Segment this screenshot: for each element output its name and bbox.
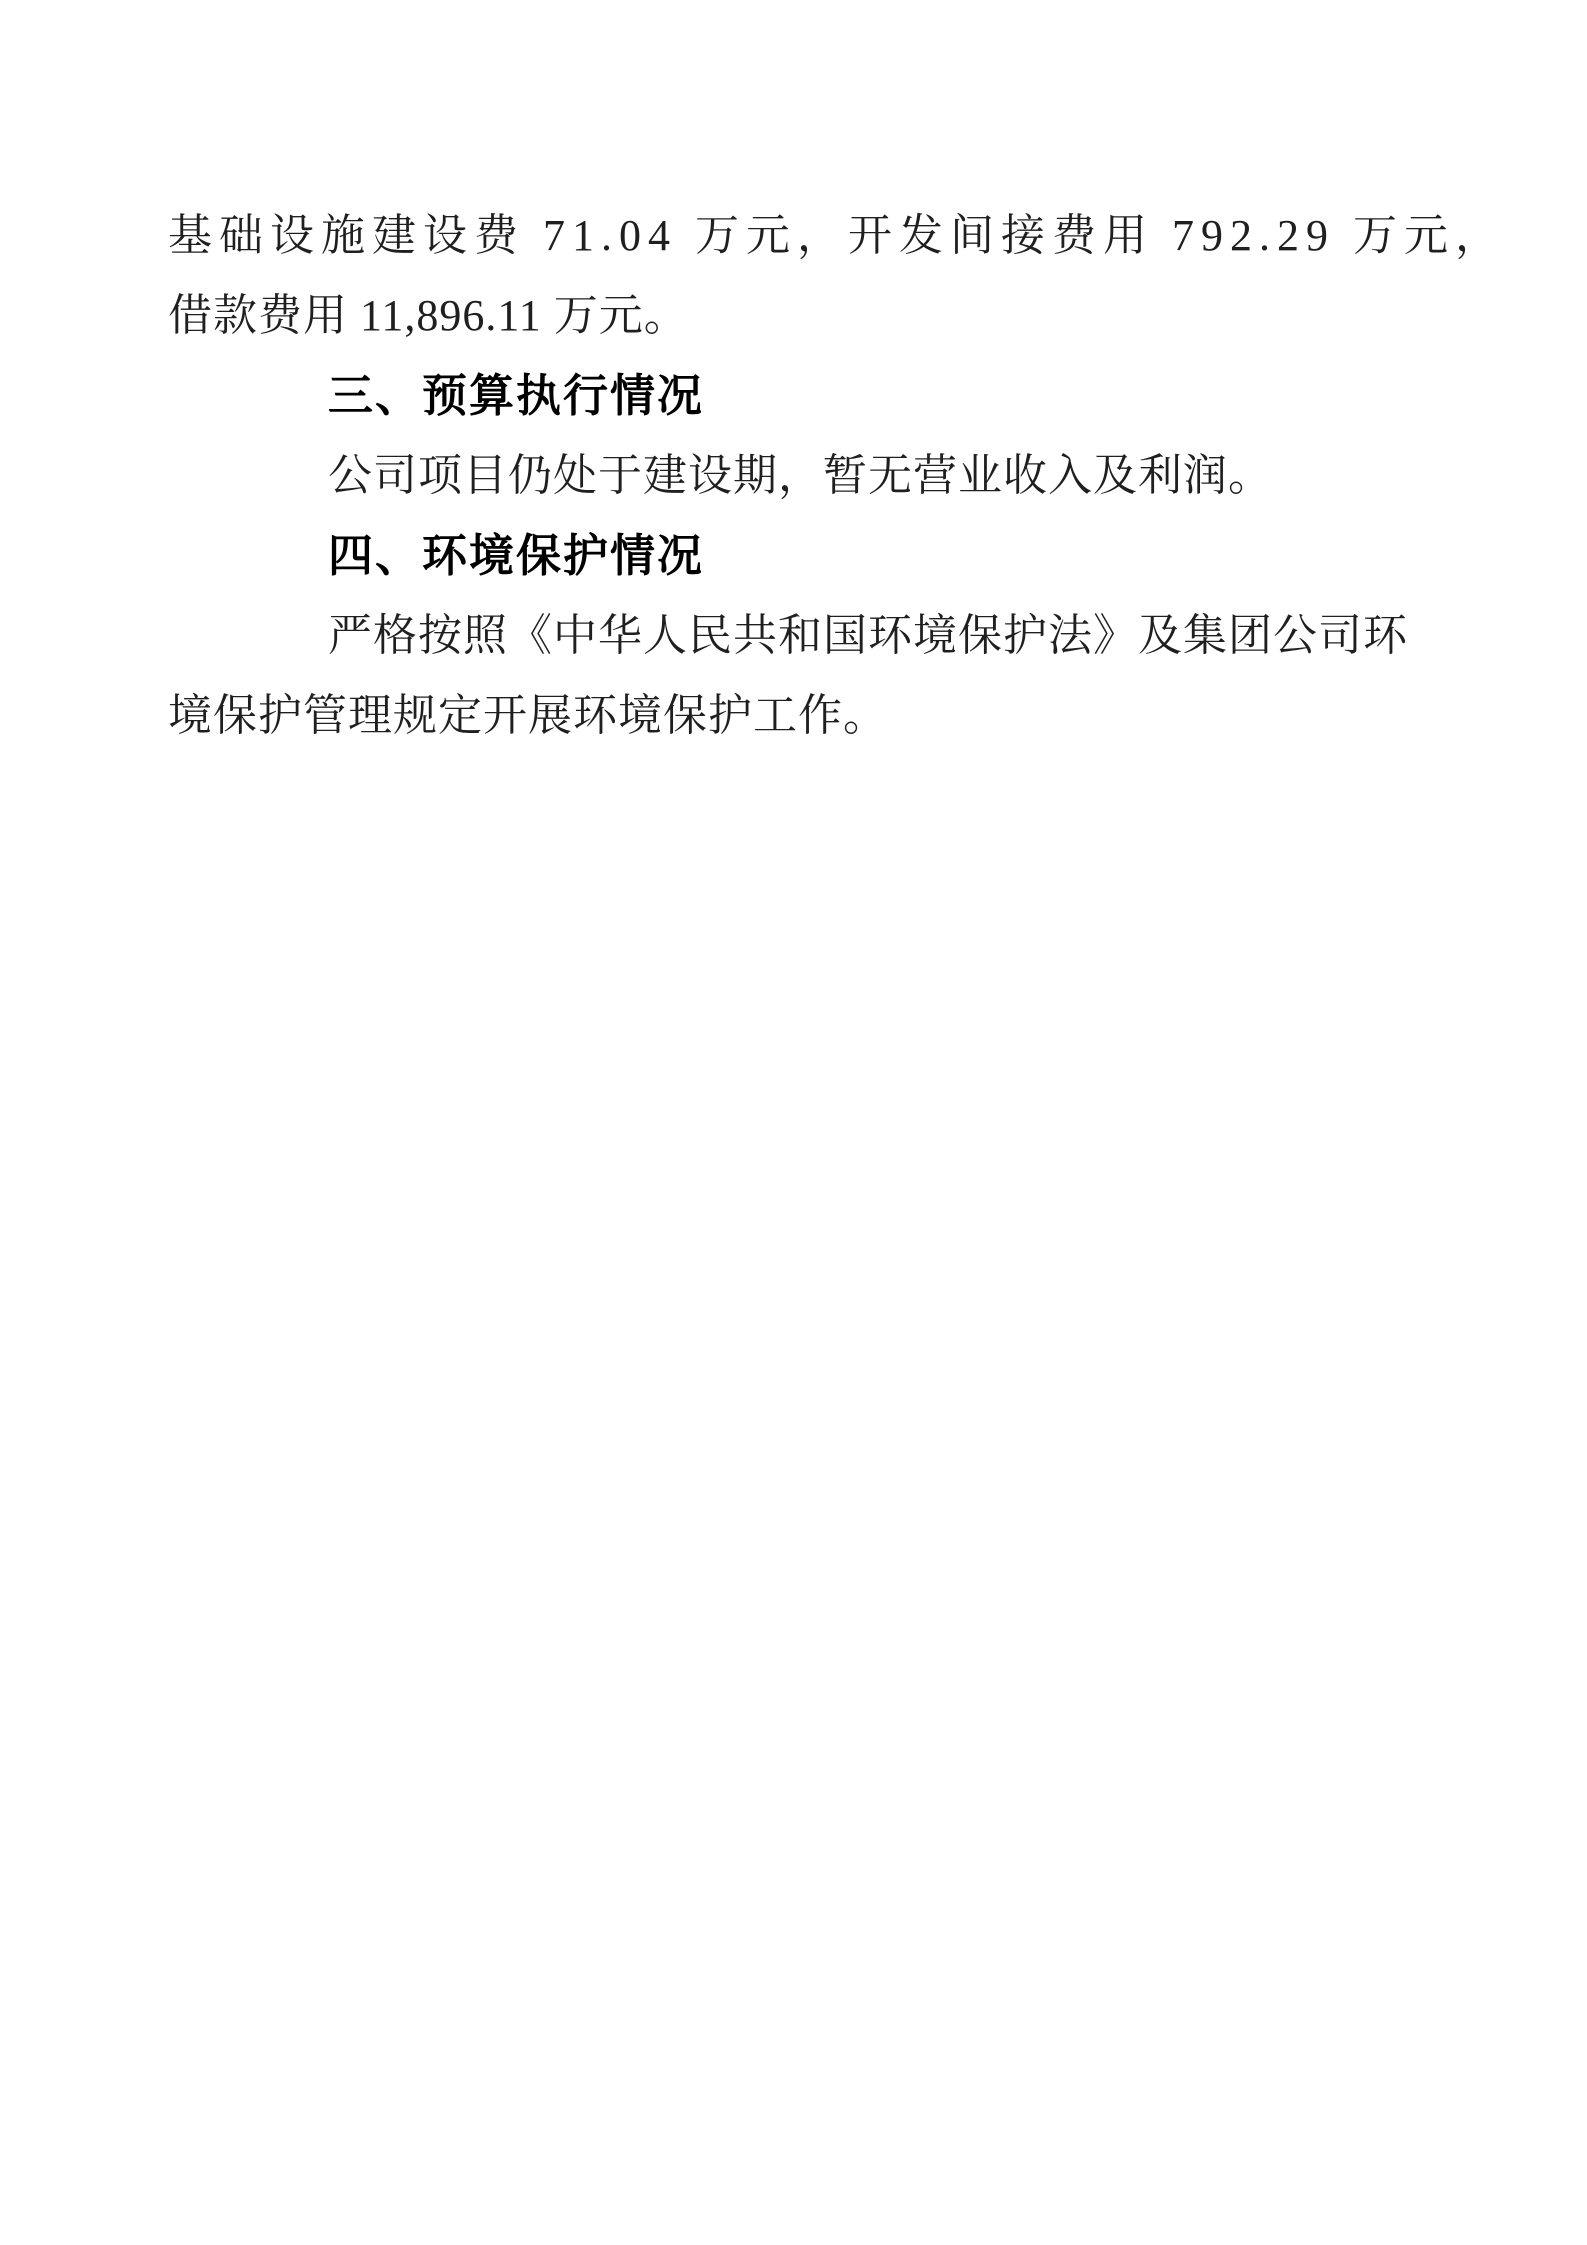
paragraph-line-borrowing-costs: 借款费用 11,896.11 万元。 bbox=[168, 276, 1420, 356]
paragraph-line-infrastructure-costs: 基础设施建设费 71.04 万元，开发间接费用 792.29 万元， bbox=[168, 196, 1420, 276]
paragraph-budget-execution: 公司项目仍处于建设期，暂无营业收入及利润。 bbox=[168, 436, 1420, 516]
paragraph-environment-line-2: 境保护管理规定开展环境保护工作。 bbox=[168, 676, 1420, 756]
section-heading-environmental-protection: 四、环境保护情况 bbox=[168, 516, 1420, 596]
paragraph-environment-line-1: 严格按照《中华人民共和国环境保护法》及集团公司环 bbox=[168, 596, 1420, 676]
section-heading-budget-execution: 三、预算执行情况 bbox=[168, 356, 1420, 436]
document-page: 基础设施建设费 71.04 万元，开发间接费用 792.29 万元， 借款费用 … bbox=[0, 0, 1587, 2245]
